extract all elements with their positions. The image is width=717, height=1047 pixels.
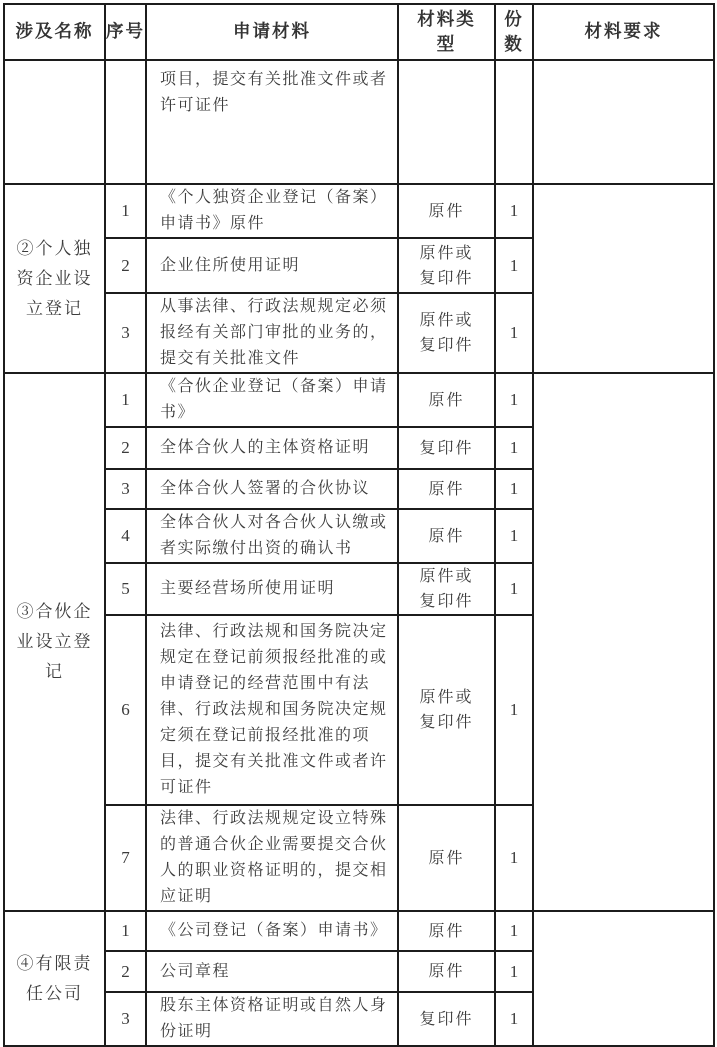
serial-number-cell: 3 xyxy=(105,469,146,509)
material-cell: 从事法律、行政法规规定必须报经有关部门审批的业务的，提交有关批准文件 xyxy=(146,293,398,373)
header-material-type: 材料类型 xyxy=(398,4,495,60)
requirement-cell xyxy=(533,184,714,373)
table-row: ③合伙企业设立登记 1 《合伙企业登记（备案）申请书》 原件 1 xyxy=(4,373,714,427)
material-type-cell: 原件 xyxy=(398,373,495,427)
copies-cell: 1 xyxy=(495,563,533,615)
copies-cell: 1 xyxy=(495,373,533,427)
application-materials-table: 涉及名称 序号 申请材料 材料类型 份数 材料要求 项目，提交有关批准文件或者许… xyxy=(3,3,715,1047)
copies-cell: 1 xyxy=(495,184,533,238)
requirement-cell xyxy=(533,60,714,184)
copies-cell: 1 xyxy=(495,509,533,563)
serial-number-cell: 1 xyxy=(105,184,146,238)
material-type-cell: 原件或复印件 xyxy=(398,615,495,805)
table-row: ④有限责任公司 1 《公司登记（备案）申请书》 原件 1 xyxy=(4,911,714,951)
section-name-cell xyxy=(4,60,105,184)
copies-cell: 1 xyxy=(495,427,533,469)
serial-number-cell: 7 xyxy=(105,805,146,911)
header-application-material: 申请材料 xyxy=(146,4,398,60)
section-name-cell: ③合伙企业设立登记 xyxy=(4,373,105,911)
serial-number-cell: 1 xyxy=(105,373,146,427)
header-material-requirement: 材料要求 xyxy=(533,4,714,60)
requirement-cell xyxy=(533,911,714,1046)
material-cell: 全体合伙人对各合伙人认缴或者实际缴付出资的确认书 xyxy=(146,509,398,563)
copies-cell: 1 xyxy=(495,911,533,951)
serial-number-cell: 5 xyxy=(105,563,146,615)
material-cell: 全体合伙人的主体资格证明 xyxy=(146,427,398,469)
table-row: ②个人独资企业设立登记 1 《个人独资企业登记（备案）申请书》原件 原件 1 xyxy=(4,184,714,238)
header-involved-name: 涉及名称 xyxy=(4,4,105,60)
material-cell: 主要经营场所使用证明 xyxy=(146,563,398,615)
material-type-cell: 原件 xyxy=(398,805,495,911)
copies-cell: 1 xyxy=(495,805,533,911)
requirement-cell xyxy=(533,373,714,911)
material-type-cell: 复印件 xyxy=(398,427,495,469)
material-cell: 《个人独资企业登记（备案）申请书》原件 xyxy=(146,184,398,238)
material-type-cell xyxy=(398,60,495,184)
serial-number-cell xyxy=(105,60,146,184)
document-page: { "page": { "background_color": "#ffffff… xyxy=(0,3,717,1041)
material-type-cell: 原件 xyxy=(398,911,495,951)
copies-cell: 1 xyxy=(495,293,533,373)
material-cell: 项目，提交有关批准文件或者许可证件 xyxy=(146,60,398,184)
serial-number-cell: 6 xyxy=(105,615,146,805)
copies-cell: 1 xyxy=(495,615,533,805)
material-cell: 《合伙企业登记（备案）申请书》 xyxy=(146,373,398,427)
material-type-cell: 原件 xyxy=(398,951,495,992)
material-type-cell: 原件或复印件 xyxy=(398,238,495,293)
material-cell: 法律、行政法规规定设立特殊的普通合伙企业需要提交合伙人的职业资格证明的，提交相应… xyxy=(146,805,398,911)
material-cell: 企业住所使用证明 xyxy=(146,238,398,293)
material-type-cell: 原件或复印件 xyxy=(398,563,495,615)
serial-number-cell: 2 xyxy=(105,238,146,293)
material-cell: 公司章程 xyxy=(146,951,398,992)
material-type-cell: 原件 xyxy=(398,509,495,563)
serial-number-cell: 2 xyxy=(105,951,146,992)
copies-cell: 1 xyxy=(495,238,533,293)
serial-number-cell: 3 xyxy=(105,293,146,373)
material-type-cell: 原件 xyxy=(398,184,495,238)
serial-number-cell: 2 xyxy=(105,427,146,469)
table-row: 项目，提交有关批准文件或者许可证件 xyxy=(4,60,714,184)
material-cell: 法律、行政法规和国务院决定规定在登记前须报经批准的或申请登记的经营范围中有法律、… xyxy=(146,615,398,805)
material-cell: 《公司登记（备案）申请书》 xyxy=(146,911,398,951)
section-name-cell: ②个人独资企业设立登记 xyxy=(4,184,105,373)
serial-number-cell: 1 xyxy=(105,911,146,951)
copies-cell xyxy=(495,60,533,184)
header-row: 涉及名称 序号 申请材料 材料类型 份数 材料要求 xyxy=(4,4,714,60)
copies-cell: 1 xyxy=(495,951,533,992)
header-copies: 份数 xyxy=(495,4,533,60)
material-cell: 全体合伙人签署的合伙协议 xyxy=(146,469,398,509)
material-type-cell: 原件或复印件 xyxy=(398,293,495,373)
copies-cell: 1 xyxy=(495,469,533,509)
header-serial-number: 序号 xyxy=(105,4,146,60)
serial-number-cell: 4 xyxy=(105,509,146,563)
section-name-cell: ④有限责任公司 xyxy=(4,911,105,1046)
material-type-cell: 原件 xyxy=(398,469,495,509)
